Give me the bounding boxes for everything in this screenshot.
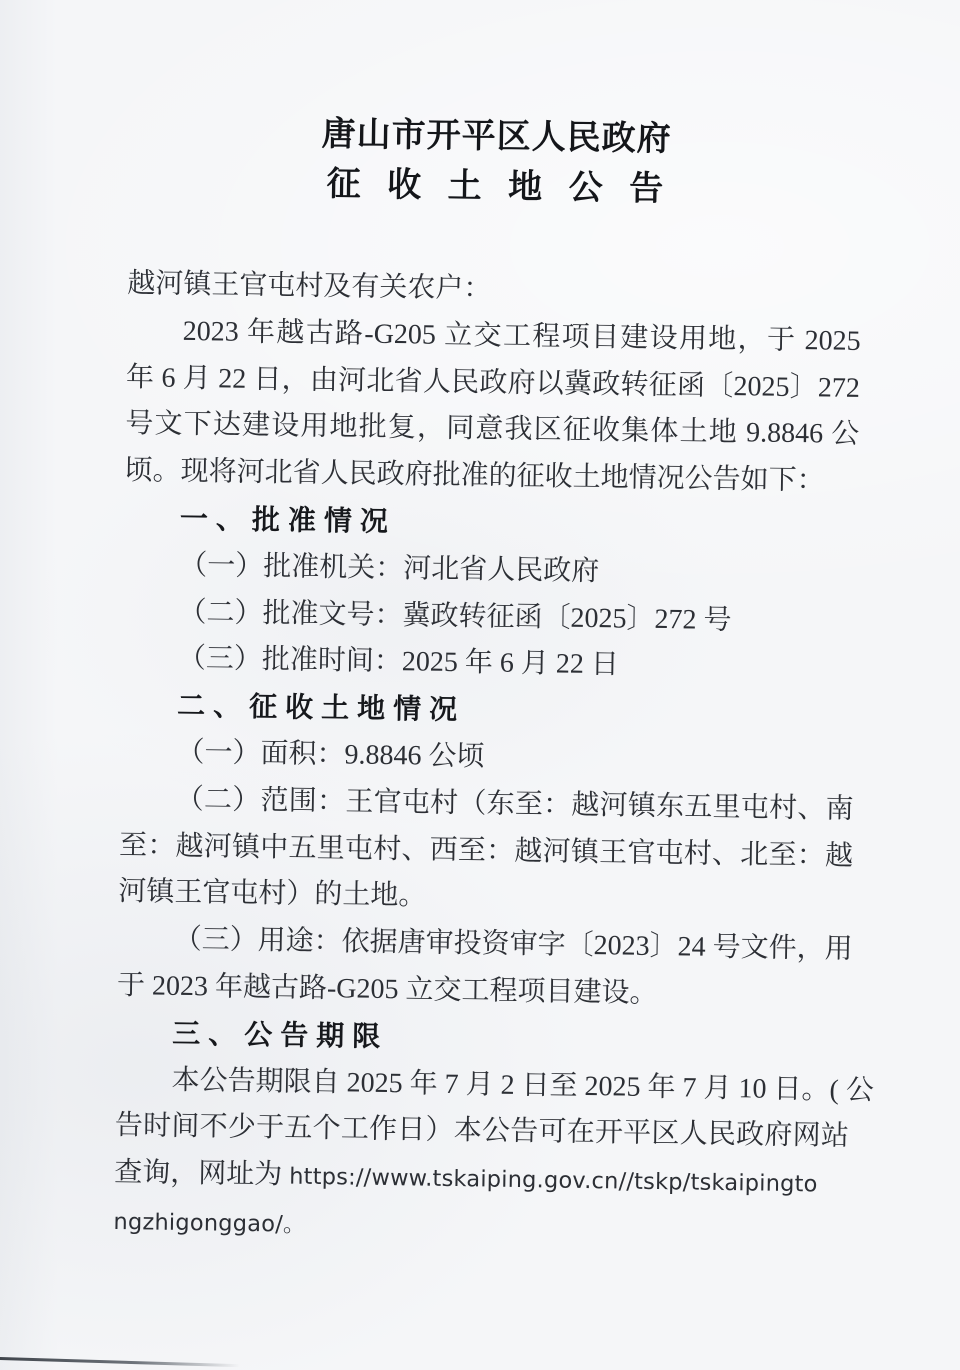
announcement-url-continuation: ngzhigonggao/。	[113, 1209, 306, 1238]
period-url-prefix: 查询，网址为	[114, 1157, 289, 1191]
doc-title: 征 收 土 地 公 告	[129, 157, 864, 218]
announcement-content: 唐山市开平区人民政府 征 收 土 地 公 告 越河镇王官屯村及有关农户： 202…	[113, 107, 864, 1256]
scanned-announcement-page: 唐山市开平区人民政府 征 收 土 地 公 告 越河镇王官屯村及有关农户： 202…	[0, 0, 960, 1370]
announcement-url: https://www.tskaiping.gov.cn//tskp/tskai…	[289, 1164, 818, 1198]
scan-edge-artifact	[0, 1357, 250, 1367]
